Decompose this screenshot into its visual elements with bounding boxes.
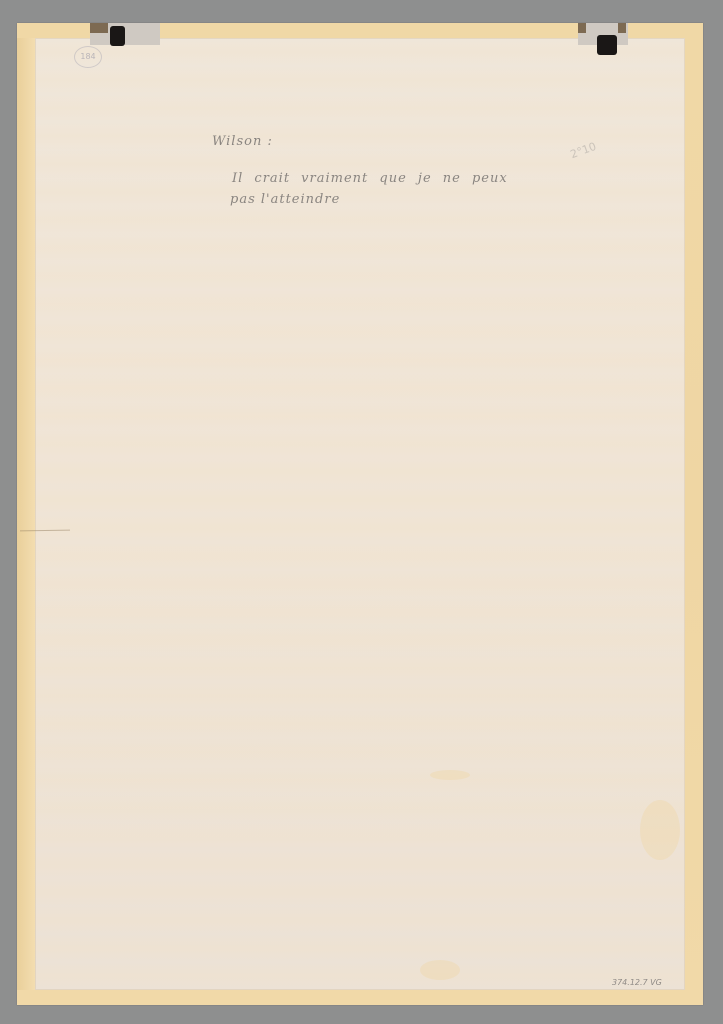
inventory-number: 374.12.7 VG [612, 978, 662, 987]
hinge-clip-left [110, 26, 125, 46]
handwritten-line-1: Il crait vraiment que je ne peux [232, 171, 508, 186]
paper-stain [430, 770, 470, 780]
board-edge-band [17, 38, 35, 990]
hinge-clip-right [597, 35, 617, 55]
paper-stain [420, 960, 460, 980]
handwritten-salutation: Wilson : [212, 134, 273, 149]
collection-stamp: 184 [74, 46, 102, 68]
hinge-tape-left [90, 23, 160, 45]
paper-stain [640, 800, 680, 860]
handwritten-line-2: pas l'atteindre [230, 192, 340, 207]
